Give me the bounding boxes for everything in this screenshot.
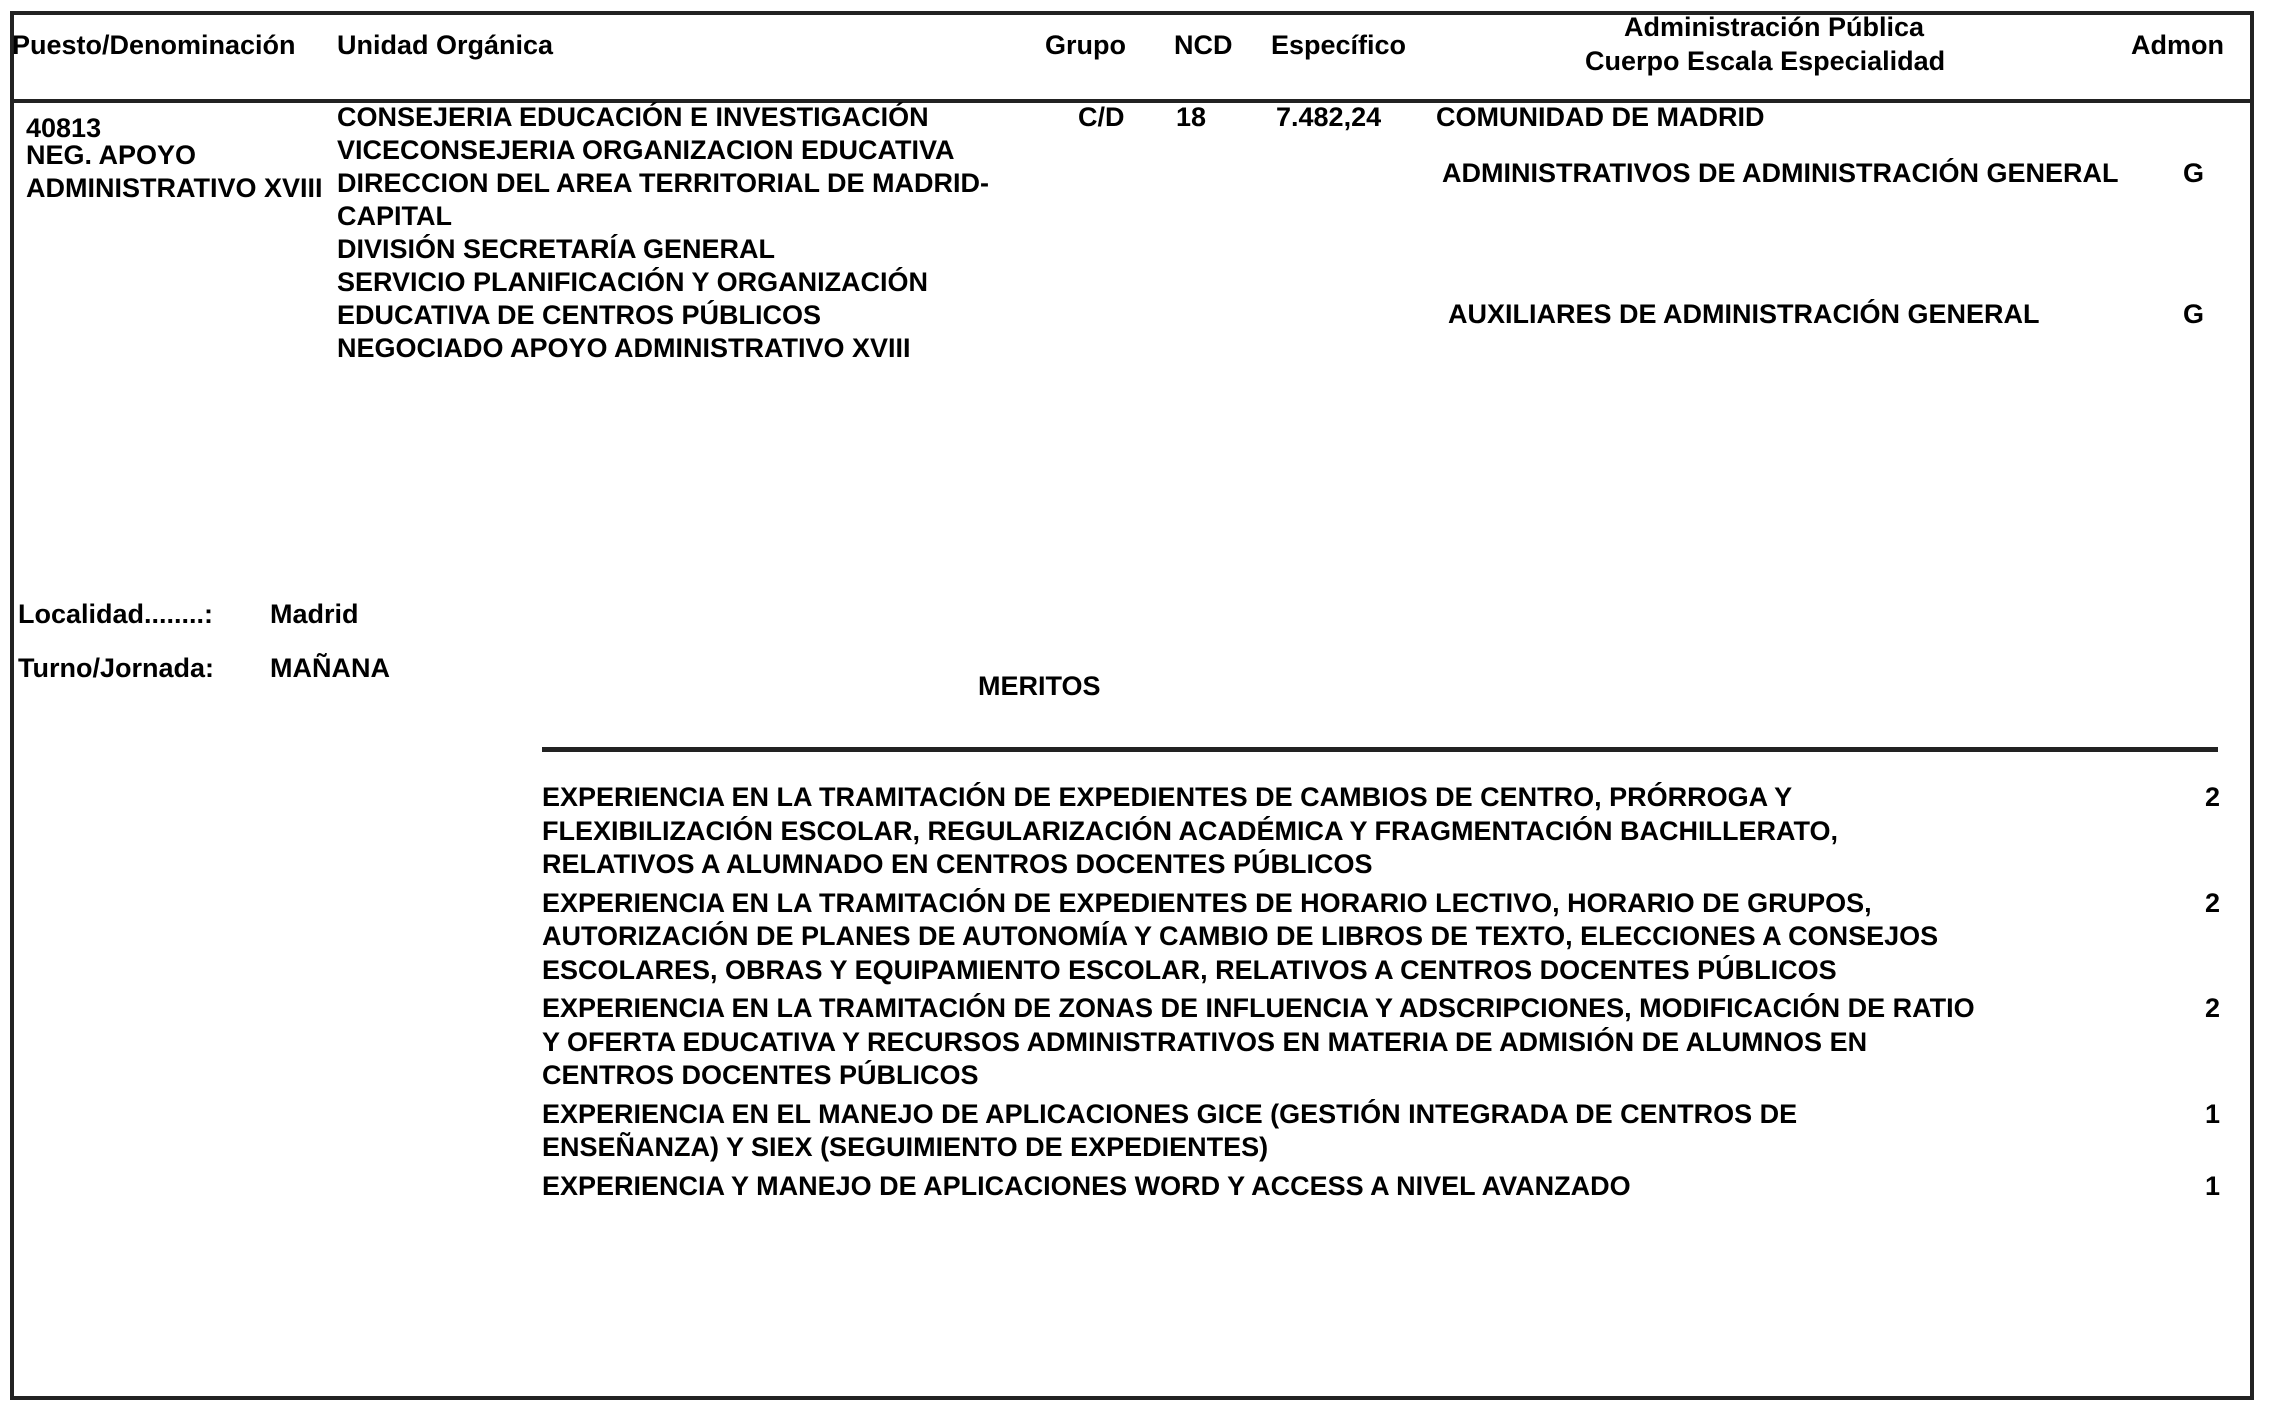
turno-value: MAÑANA: [270, 652, 390, 685]
merit-item: EXPERIENCIA EN LA TRAMITACIÓN DE EXPEDIE…: [542, 887, 2222, 988]
ncd-value: 18: [1176, 101, 1206, 134]
meritos-title: MERITOS: [978, 670, 1101, 703]
grupo-value: C/D: [1078, 101, 1125, 134]
header-ncd: NCD: [1174, 29, 1233, 62]
meritos-list: EXPERIENCIA EN LA TRAMITACIÓN DE EXPEDIE…: [542, 781, 2222, 1208]
unidad-line: CAPITAL: [337, 200, 989, 233]
unidad-line: NEGOCIADO APOYO ADMINISTRATIVO XVIII: [337, 332, 989, 365]
administracion-value: COMUNIDAD DE MADRID: [1436, 101, 1764, 134]
unidad-line: CONSEJERIA EDUCACIÓN E INVESTIGACIÓN: [337, 101, 989, 134]
header-cuerpo-escala: Cuerpo Escala Especialidad: [1585, 45, 1945, 78]
header-admon: Admon: [2131, 29, 2224, 62]
unidad-line: VICECONSEJERIA ORGANIZACION EDUCATIVA: [337, 134, 989, 167]
especifico-value: 7.482,24: [1276, 101, 1381, 134]
cuerpo-1: ADMINISTRATIVOS DE ADMINISTRACIÓN GENERA…: [1442, 157, 2119, 190]
header-especifico: Específico: [1271, 29, 1406, 62]
header-puesto: Puesto/Denominación: [12, 29, 296, 62]
cuerpo-2: AUXILIARES DE ADMINISTRACIÓN GENERAL: [1448, 298, 2040, 331]
merit-points: 2: [2205, 781, 2220, 815]
merit-points: 1: [2205, 1098, 2220, 1132]
unidad-line: SERVICIO PLANIFICACIÓN Y ORGANIZACIÓN: [337, 266, 989, 299]
merit-description: EXPERIENCIA EN LA TRAMITACIÓN DE EXPEDIE…: [542, 887, 2102, 988]
merit-item: EXPERIENCIA EN LA TRAMITACIÓN DE EXPEDIE…: [542, 781, 2222, 882]
merit-description: EXPERIENCIA EN LA TRAMITACIÓN DE EXPEDIE…: [542, 781, 2102, 882]
merit-item: EXPERIENCIA EN LA TRAMITACIÓN DE ZONAS D…: [542, 992, 2222, 1093]
cuerpo-2-admon: G: [2183, 298, 2204, 331]
merit-item: EXPERIENCIA Y MANEJO DE APLICACIONES WOR…: [542, 1170, 2222, 1204]
merit-item: EXPERIENCIA EN EL MANEJO DE APLICACIONES…: [542, 1098, 2222, 1165]
merit-points: 2: [2205, 992, 2220, 1026]
localidad-value: Madrid: [270, 598, 359, 631]
header-unidad: Unidad Orgánica: [337, 29, 553, 62]
meritos-divider: [542, 747, 2218, 752]
merit-points: 1: [2205, 1170, 2220, 1204]
turno-label: Turno/Jornada:: [18, 652, 214, 685]
merit-description: EXPERIENCIA EN LA TRAMITACIÓN DE ZONAS D…: [542, 992, 2102, 1093]
unidad-organica: CONSEJERIA EDUCACIÓN E INVESTIGACIÓN VIC…: [337, 101, 989, 365]
merit-description: EXPERIENCIA Y MANEJO DE APLICACIONES WOR…: [542, 1170, 2102, 1204]
cuerpo-1-admon: G: [2183, 157, 2204, 190]
unidad-line: DIVISIÓN SECRETARÍA GENERAL: [337, 233, 989, 266]
header-admin-publica: Administración Pública: [1624, 11, 1924, 44]
merit-description: EXPERIENCIA EN EL MANEJO DE APLICACIONES…: [542, 1098, 2102, 1165]
merit-points: 2: [2205, 887, 2220, 921]
unidad-line: DIRECCION DEL AREA TERRITORIAL DE MADRID…: [337, 167, 989, 200]
unidad-line: EDUCATIVA DE CENTROS PÚBLICOS: [337, 299, 989, 332]
localidad-label: Localidad........:: [18, 598, 213, 631]
header-grupo: Grupo: [1045, 29, 1126, 62]
puesto-denominacion-1: NEG. APOYO: [26, 139, 196, 172]
puesto-denominacion-2: ADMINISTRATIVO XVIII: [26, 172, 323, 205]
